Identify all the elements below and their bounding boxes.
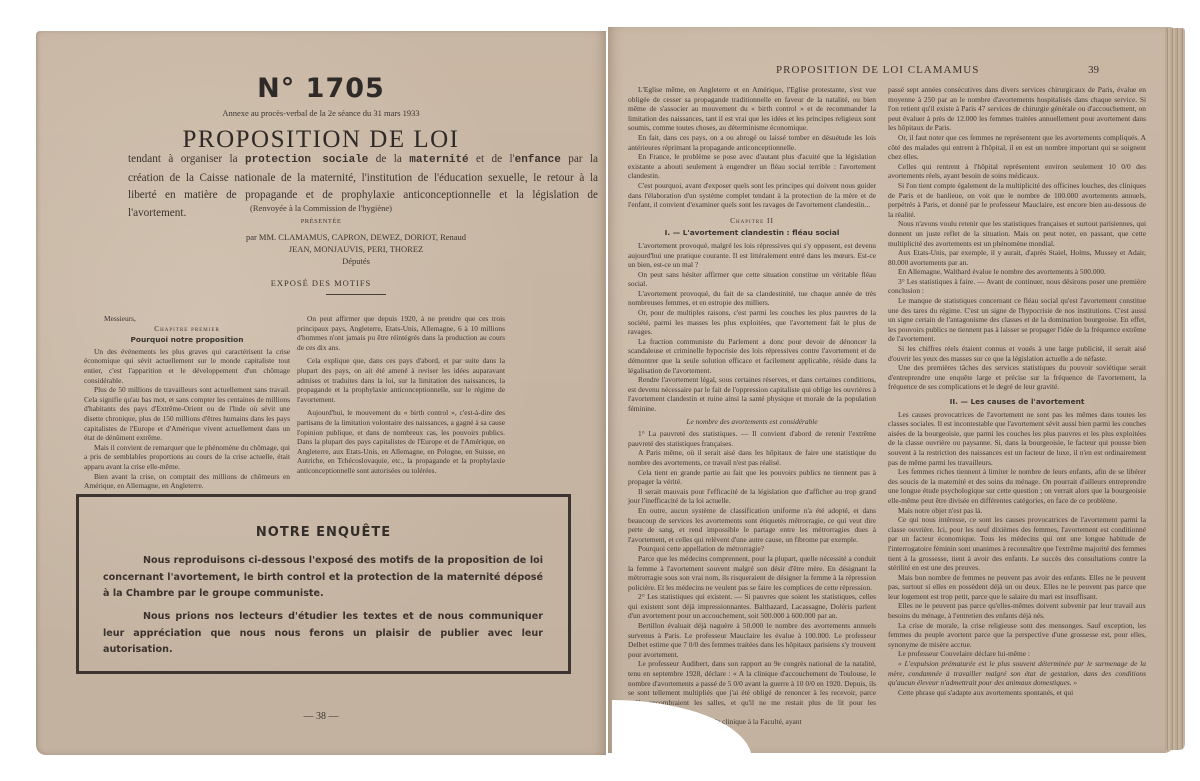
section-title-expose: EXPOSÉ DES MOTIFS [36, 278, 606, 288]
paragraph: Aujourd'hui, le mouvement du « birth con… [297, 408, 505, 475]
salutation: Messieurs, [104, 314, 290, 324]
paragraph: Pourquoi cette appellation de métrorragi… [628, 544, 876, 554]
section-heading: II. — Les causes de l'avortement [888, 397, 1146, 407]
paragraph: Une des premières tâches des services st… [888, 363, 1146, 392]
paragraph: passé sept années consécutives dans dive… [888, 85, 1146, 133]
divider [326, 294, 386, 295]
page-stack-edge [1165, 28, 1185, 750]
section-heading: I. — L'avortement clandestin : fléau soc… [628, 228, 876, 238]
paragraph: Nous n'avons voulu retenir que les stati… [888, 219, 1146, 248]
paragraph: Ce qui nous intéresse, ce sont les cause… [888, 515, 1146, 573]
box-paragraph: Nous reproduisons ci-dessous l'exposé de… [103, 553, 543, 603]
left-column-2: On peut affirmer que depuis 1920, à ne p… [297, 314, 505, 480]
paragraph: En France, le problème se pose avec d'au… [628, 152, 876, 181]
paragraph: En Allemagne, Walthard évalue le nombre … [888, 267, 1146, 277]
paragraph: En outre, aucun système de classificatio… [628, 506, 876, 544]
annexe-note: Annexe au procès-verbal de la 2e séance … [36, 108, 606, 118]
page-title: PROPOSITION DE LOI [36, 126, 606, 154]
paragraph: Or, il faut noter que ces femmes ne repr… [888, 133, 1146, 162]
paragraph: En fait, dans ces pays, on a ou abrogé o… [628, 133, 876, 152]
paragraph: Cela explique que, dans ces pays d'abord… [297, 356, 505, 404]
paragraph: Rendre l'avortement légal, sous certaine… [628, 375, 876, 413]
section-heading: Pourquoi notre proposition [84, 335, 290, 345]
subheading: Le nombre des avortements est considérab… [628, 417, 876, 427]
chapter-label: Chapitre II [628, 216, 876, 226]
paragraph: Aux Etats-Unis, par exemple, il y aurait… [888, 248, 1146, 267]
right-column-2: passé sept années consécutives dans dive… [888, 85, 1146, 697]
notre-enquete-box: NOTRE ENQUÊTE Nous reproduisons ci-desso… [76, 494, 571, 674]
paragraph: Bien avant la crise, on comptait des mil… [84, 472, 290, 491]
paragraph: Parce que les médecins comprennent, pour… [628, 554, 876, 592]
paragraph: Elles ne le peuvent pas parce qu'elles-m… [888, 601, 1146, 620]
paragraph: Celles qui rentrent à l'hôpital représen… [888, 162, 1146, 181]
paragraph: Il serait mauvais pour l'efficacité de l… [628, 487, 876, 506]
chapter-label: Chapitre premier [84, 324, 290, 334]
paragraph: A Paris même, où il serait aisé dans les… [628, 448, 876, 467]
paragraph: Cette phrase qui s'adapte aux avortement… [888, 688, 1146, 698]
left-column-1: Messieurs, Chapitre premier Pourquoi not… [84, 314, 290, 491]
paragraph: Les femmes riches tiennent à limiter le … [888, 467, 1146, 505]
paragraph: 3° Les statistiques à faire. — Avant de … [888, 277, 1146, 296]
right-column-1: L'Eglise même, en Angleterre et en Améri… [628, 85, 876, 727]
box-paragraph: Nous prions nos lecteurs d'étudier les t… [103, 609, 543, 659]
paragraph: L'avortement provoqué, du fait de sa cla… [628, 289, 876, 308]
paragraph: Un des événements les plus graves qui ca… [84, 347, 290, 385]
quote: « L'expulsion prématurée est le plus sou… [888, 659, 1146, 688]
running-head: PROPOSITION DE LOI CLAMAMUS [776, 64, 979, 76]
paragraph: Les causes provocatrices de l'avortement… [888, 410, 1146, 468]
paragraph: Mais notre objet n'est pas là. [888, 506, 1146, 516]
paragraph: Si l'on tient compte également de la mul… [888, 181, 1146, 219]
paragraph: La fraction communiste du Parlement a do… [628, 337, 876, 375]
paragraph: Si les chiffres réels étaient connus et … [888, 344, 1146, 363]
paragraph: On peut sans hésiter affirmer que cette … [628, 270, 876, 289]
paragraph: Plus de 50 millions de travailleurs sont… [84, 385, 290, 443]
left-page: N° 1705 Annexe au procès-verbal de la 2e… [36, 31, 606, 755]
box-title: NOTRE ENQUÊTE [79, 525, 568, 540]
authors: par MM. CLAMAMUS, CAPRON, DEWEZ, DORIOT,… [156, 231, 556, 267]
paragraph: L'avortement provoqué, malgré les lois r… [628, 241, 876, 270]
paragraph: Or, pour de multiples raisons, c'est par… [628, 308, 876, 337]
paragraph: L'Eglise même, en Angleterre et en Améri… [628, 85, 876, 133]
paragraph: La crise de morale, la crise religieuse … [888, 621, 1146, 650]
right-page: PROPOSITION DE LOI CLAMAMUS 39 L'Eglise … [608, 27, 1174, 753]
paragraph: Cela tient en grande partie au fait que … [628, 468, 876, 487]
page-number: 39 [1088, 64, 1099, 76]
paragraph: Mais il convient de remarquer que le phé… [84, 443, 290, 472]
page-number: — 38 — [36, 711, 606, 722]
paragraph: 1° La pauvreté des statistiques. — Il co… [628, 429, 876, 448]
paragraph: C'est pourquoi, avant d'exposer quels so… [628, 181, 876, 210]
paragraph: Le professeur Couvelaire déclare lui-mêm… [888, 649, 1146, 659]
paragraph: Le manque de statistiques concernant ce … [888, 296, 1146, 344]
paragraph: Bertillon évaluait déjà naguère à 50.000… [628, 621, 876, 659]
paragraph: 2° Les statistiques qui existent. — Si p… [628, 592, 876, 621]
document-number: N° 1705 [36, 73, 606, 104]
referral-note: (Renvoyée à la Commission de l'hygiène) [36, 203, 606, 213]
paragraph: On peut affirmer que depuis 1920, à ne p… [297, 314, 505, 352]
presented-label: PRÉSENTÉE [36, 218, 606, 225]
paragraph: Mais bon nombre de femmes ne peuvent pas… [888, 573, 1146, 602]
